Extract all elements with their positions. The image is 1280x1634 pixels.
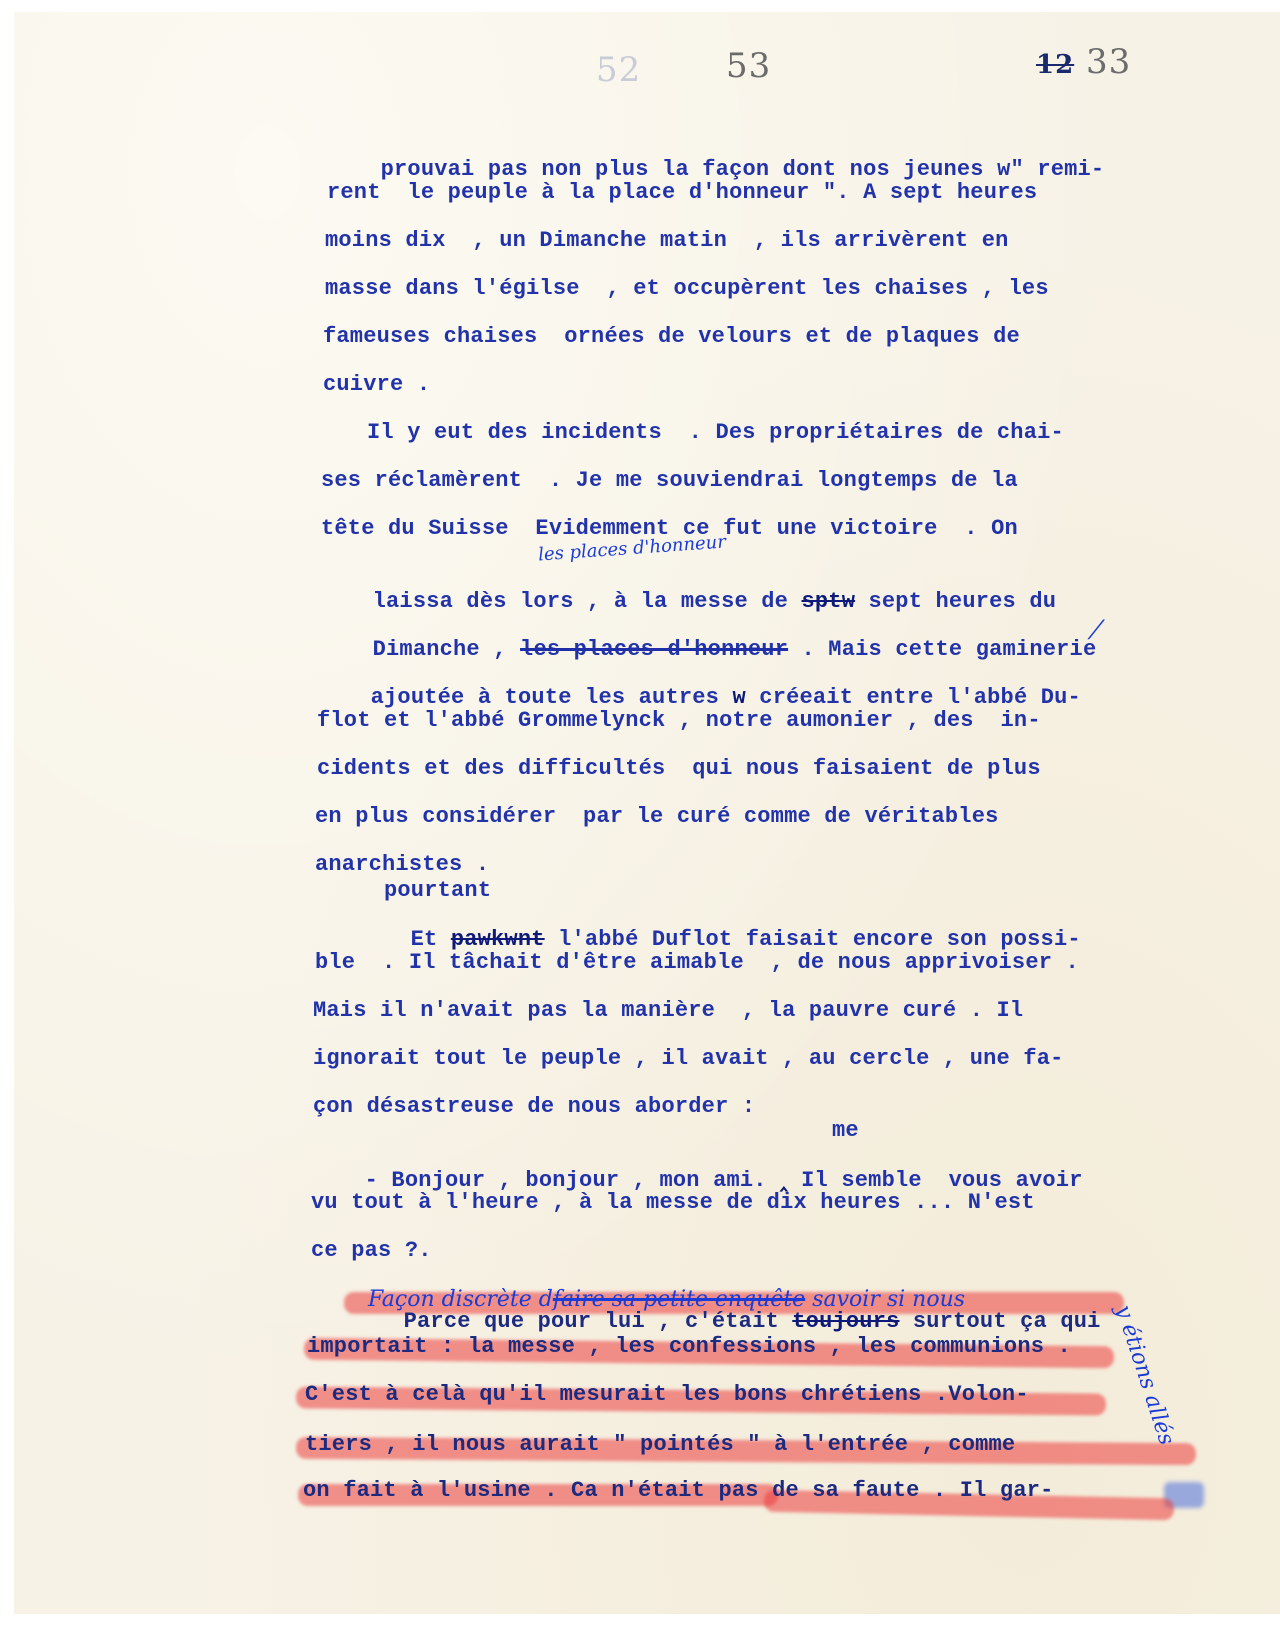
text-line: çon désastreuse de nous aborder : (313, 1094, 755, 1119)
handwritten-mark: ⁄ (1094, 616, 1098, 646)
text-line: ignorait tout le peuple , il avait , au … (313, 1046, 1064, 1071)
text-line: vu tout à l'heure , à la messe de dix he… (311, 1190, 1035, 1215)
text-line: on fait à l'usine . Ca n'était pas de sa… (303, 1478, 1054, 1503)
struck-typed-text: pawkwnt (451, 927, 545, 952)
text-line: rent le peuple à la place d'honneur ". A… (327, 180, 1037, 205)
text-line: flot et l'abbé Grommelynck , notre aumon… (317, 708, 1041, 733)
text-line: ce pas ?. (311, 1238, 432, 1263)
struck-handwriting: faire sa petite enquête (553, 1287, 805, 1312)
text-line: importait : la messe , les confessions ,… (307, 1334, 1071, 1359)
pencil-page-number-right: 33 (1086, 42, 1131, 82)
text-line: ses réclamèrent . Je me souviendrai long… (321, 468, 1018, 493)
text-line: masse dans l'égilse , et occupèrent les … (325, 276, 1049, 301)
text-line: fameuses chaises ornées de velours et de… (323, 324, 1020, 349)
text-line: C'est à celà qu'il mesurait les bons chr… (305, 1382, 1029, 1407)
document-page: 52 53 12 33 prouvai pas non plus la faço… (14, 12, 1280, 1614)
struck-typed-text: sptw (801, 589, 855, 614)
pencil-page-number-center: 53 (726, 46, 771, 86)
text-line: ble . Il tâchait d'être aimable , de nou… (315, 950, 1079, 975)
text-line: Mais il n'avait pas la manière , la pauv… (313, 998, 1023, 1023)
faint-page-number: 52 (596, 50, 641, 90)
text-line: anarchistes . (315, 852, 489, 877)
text-line: en plus considérer par le curé comme de … (315, 804, 999, 829)
typed-insertion: pourtant (384, 878, 491, 903)
struck-typed-text: w (732, 685, 745, 710)
text-line: tiers , il nous aurait " pointés " à l'e… (305, 1432, 1015, 1457)
text-line: cuivre . (323, 372, 430, 397)
text-line: cidents et des difficultés qui nous fais… (317, 756, 1041, 781)
text-line: moins dix , un Dimanche matin , ils arri… (325, 228, 1009, 253)
struck-typed-text: les places d'honneur (520, 637, 788, 662)
typed-insertion: me (832, 1118, 859, 1143)
page-number-right: 12 33 (1036, 42, 1131, 82)
text-line: Il y eut des incidents . Des propriétair… (367, 420, 1064, 445)
handwritten-annotation: Façon discrète dfaire sa petite enquête … (340, 1262, 965, 1337)
handwritten-margin-note: y étions allés (1110, 1302, 1179, 1448)
struck-page-number: 12 (1036, 50, 1074, 80)
